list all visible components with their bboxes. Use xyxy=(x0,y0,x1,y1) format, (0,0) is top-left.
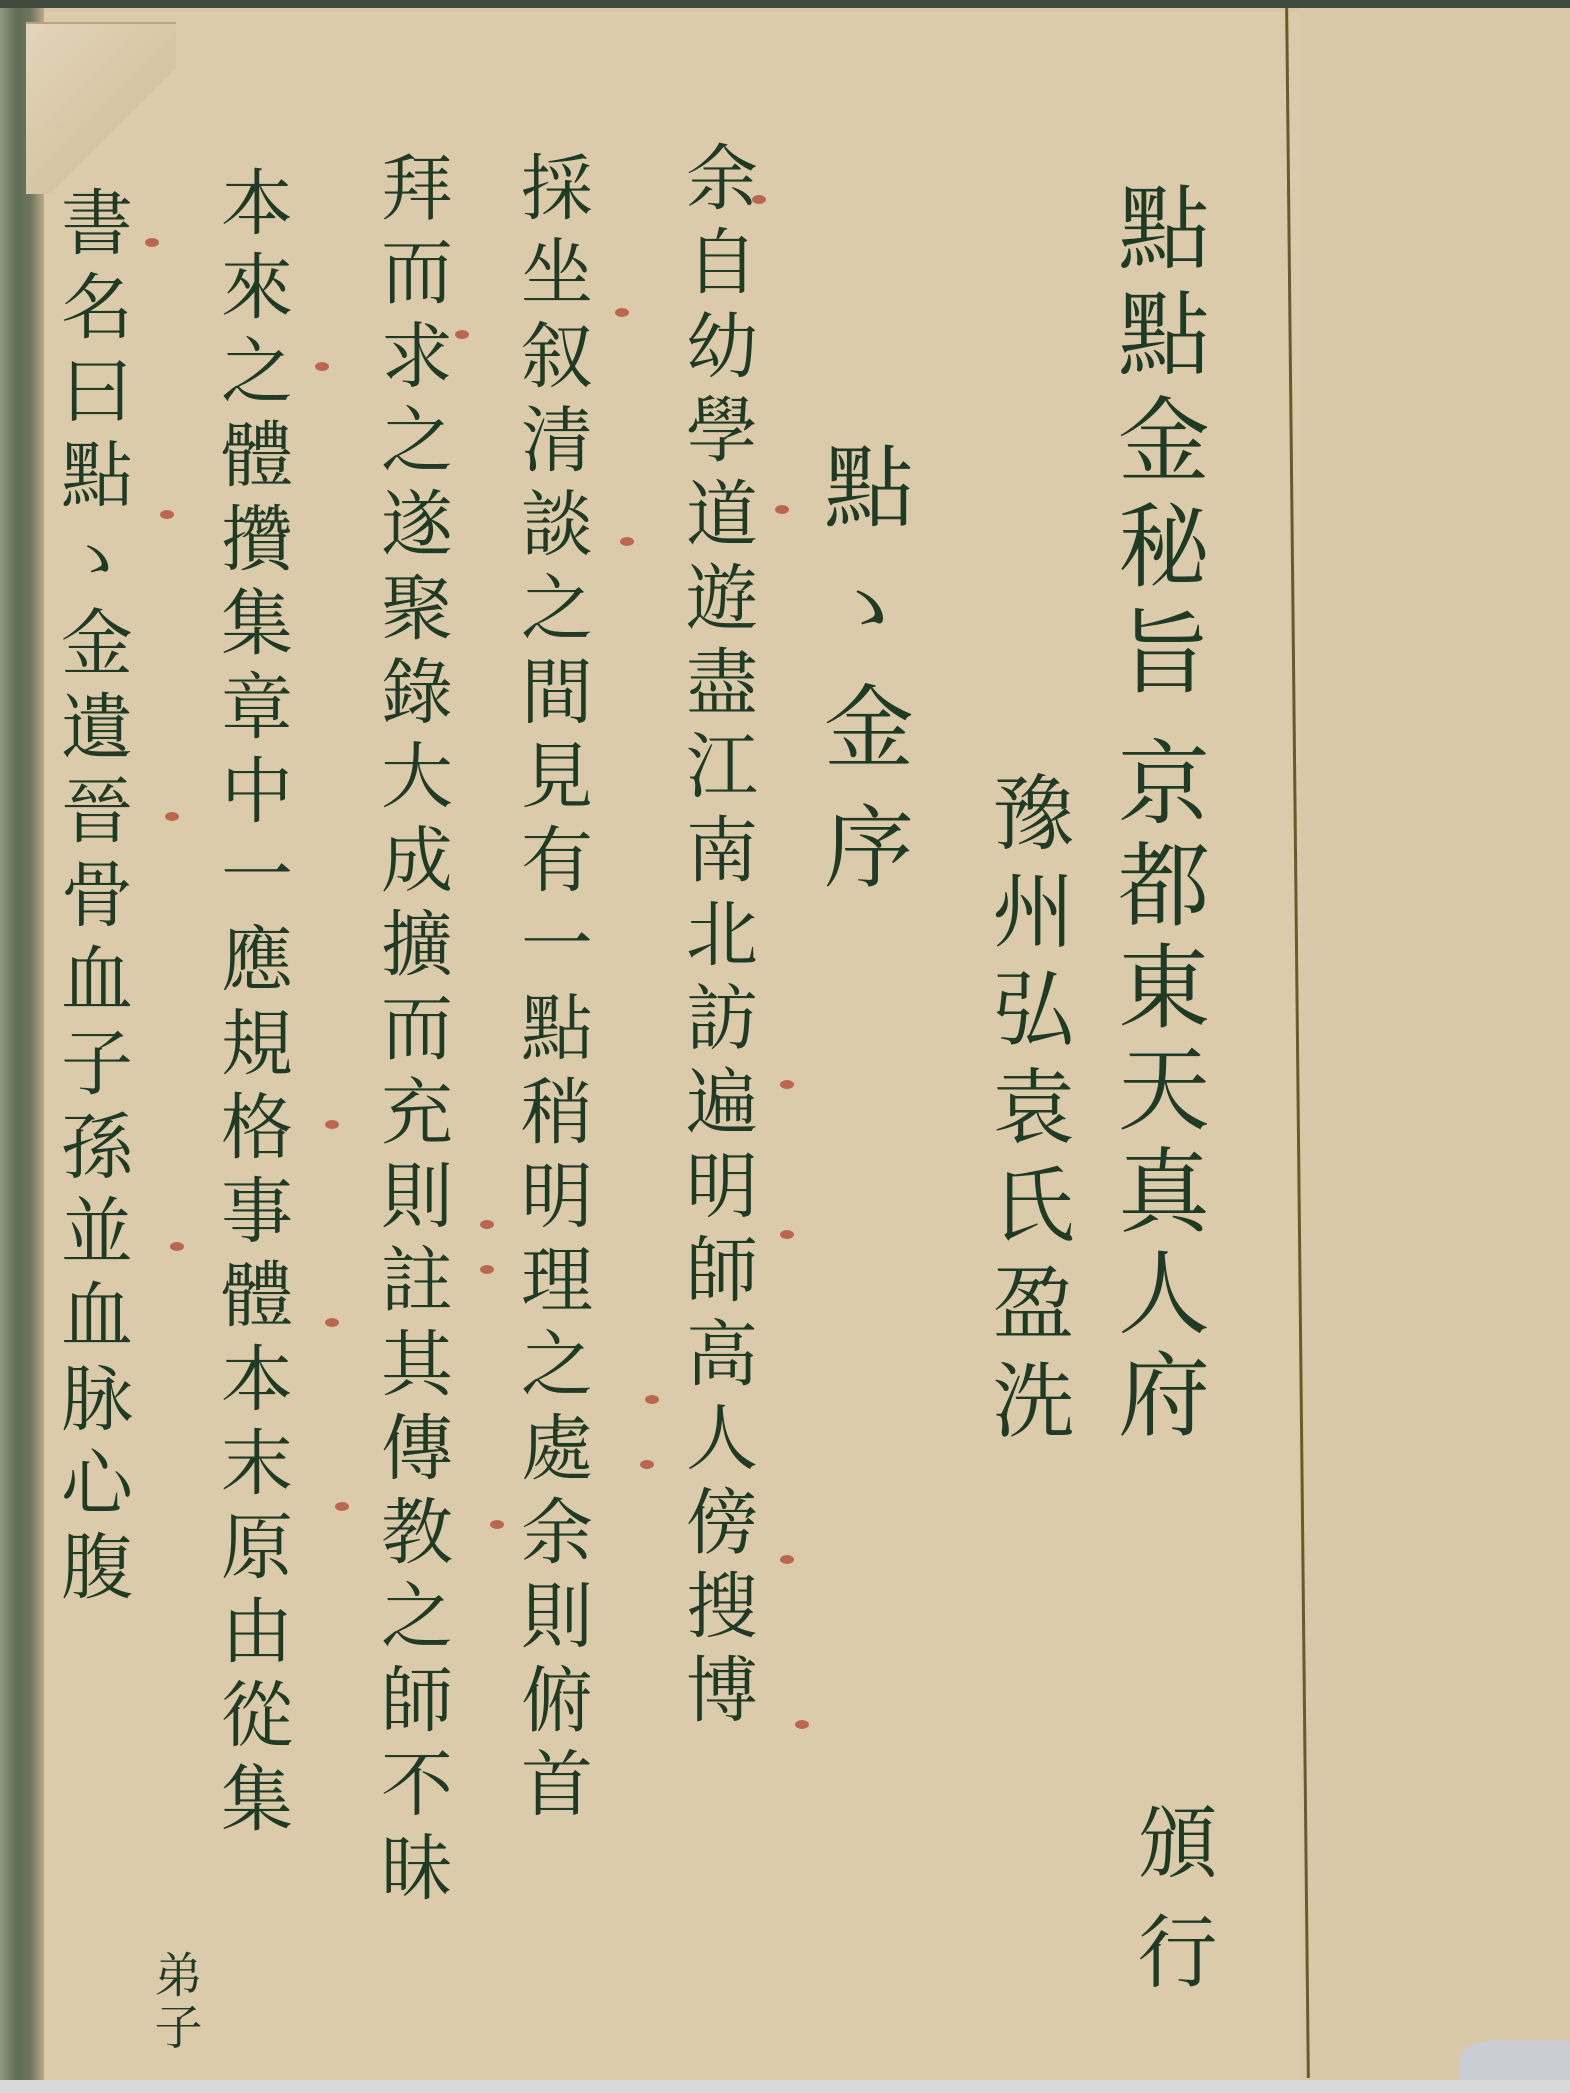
punctuation-mark xyxy=(170,1242,184,1251)
book-spine-edge xyxy=(0,0,44,2080)
punctuation-mark xyxy=(752,195,766,204)
issuer-line: 京都東天真人府 xyxy=(1110,735,1202,1449)
section-heading: 點ゝ金序 xyxy=(815,440,905,920)
punctuation-mark xyxy=(645,1395,659,1404)
scan-bottom-margin xyxy=(0,2080,1570,2093)
punctuation-mark xyxy=(490,1520,504,1529)
body-column-5: 書名曰點ゝ金遺晉骨血子孫並血脉心腹 xyxy=(55,185,127,1613)
punctuation-mark xyxy=(640,1460,654,1469)
punctuation-mark xyxy=(795,1720,809,1729)
punctuation-mark xyxy=(620,537,634,546)
punctuation-mark xyxy=(780,1555,794,1564)
punctuation-mark xyxy=(775,505,789,514)
right-page-blank xyxy=(1300,8,1570,2080)
punctuation-mark xyxy=(615,308,629,317)
punctuation-mark xyxy=(480,1265,494,1274)
body-column-3: 拜而求之遂聚錄大成擴而充則註其傳教之師不昧 xyxy=(375,150,447,1914)
body-column-4: 本來之體攢集章中一應規格事體本末原由從集 xyxy=(215,165,287,1845)
body-column-2: 採坐叙清談之間見有一點稍明理之處余則俯首 xyxy=(515,150,587,1830)
body-column-1: 余自幼學道遊盡江南北訪遍明師高人傍搜博 xyxy=(680,140,752,1736)
top-edge xyxy=(0,0,1570,8)
punctuation-mark xyxy=(160,510,174,519)
punctuation-mark xyxy=(455,330,469,339)
punctuation-mark xyxy=(780,1080,794,1089)
book-title: 點點金秘旨 xyxy=(1110,180,1202,710)
body-column-5-small: 弟子 xyxy=(150,1950,198,2054)
punctuation-mark xyxy=(315,362,329,371)
torn-corner xyxy=(1460,2040,1570,2080)
issued-label: 頒行 xyxy=(1130,1800,1210,2020)
punctuation-mark xyxy=(480,1220,494,1229)
punctuation-mark xyxy=(165,812,179,821)
punctuation-mark xyxy=(325,1318,339,1327)
punctuation-mark xyxy=(325,1120,339,1129)
punctuation-mark xyxy=(780,1230,794,1239)
manuscript-scan: 點點金秘旨 京都東天真人府 頒行 豫州弘袁氏盈洗 點ゝ金序 余自幼學道遊盡江南北… xyxy=(0,0,1570,2080)
folded-corner xyxy=(26,22,176,194)
author-line: 豫州弘袁氏盈洗 xyxy=(985,770,1067,1456)
punctuation-mark xyxy=(335,1502,349,1511)
punctuation-mark xyxy=(145,238,159,247)
